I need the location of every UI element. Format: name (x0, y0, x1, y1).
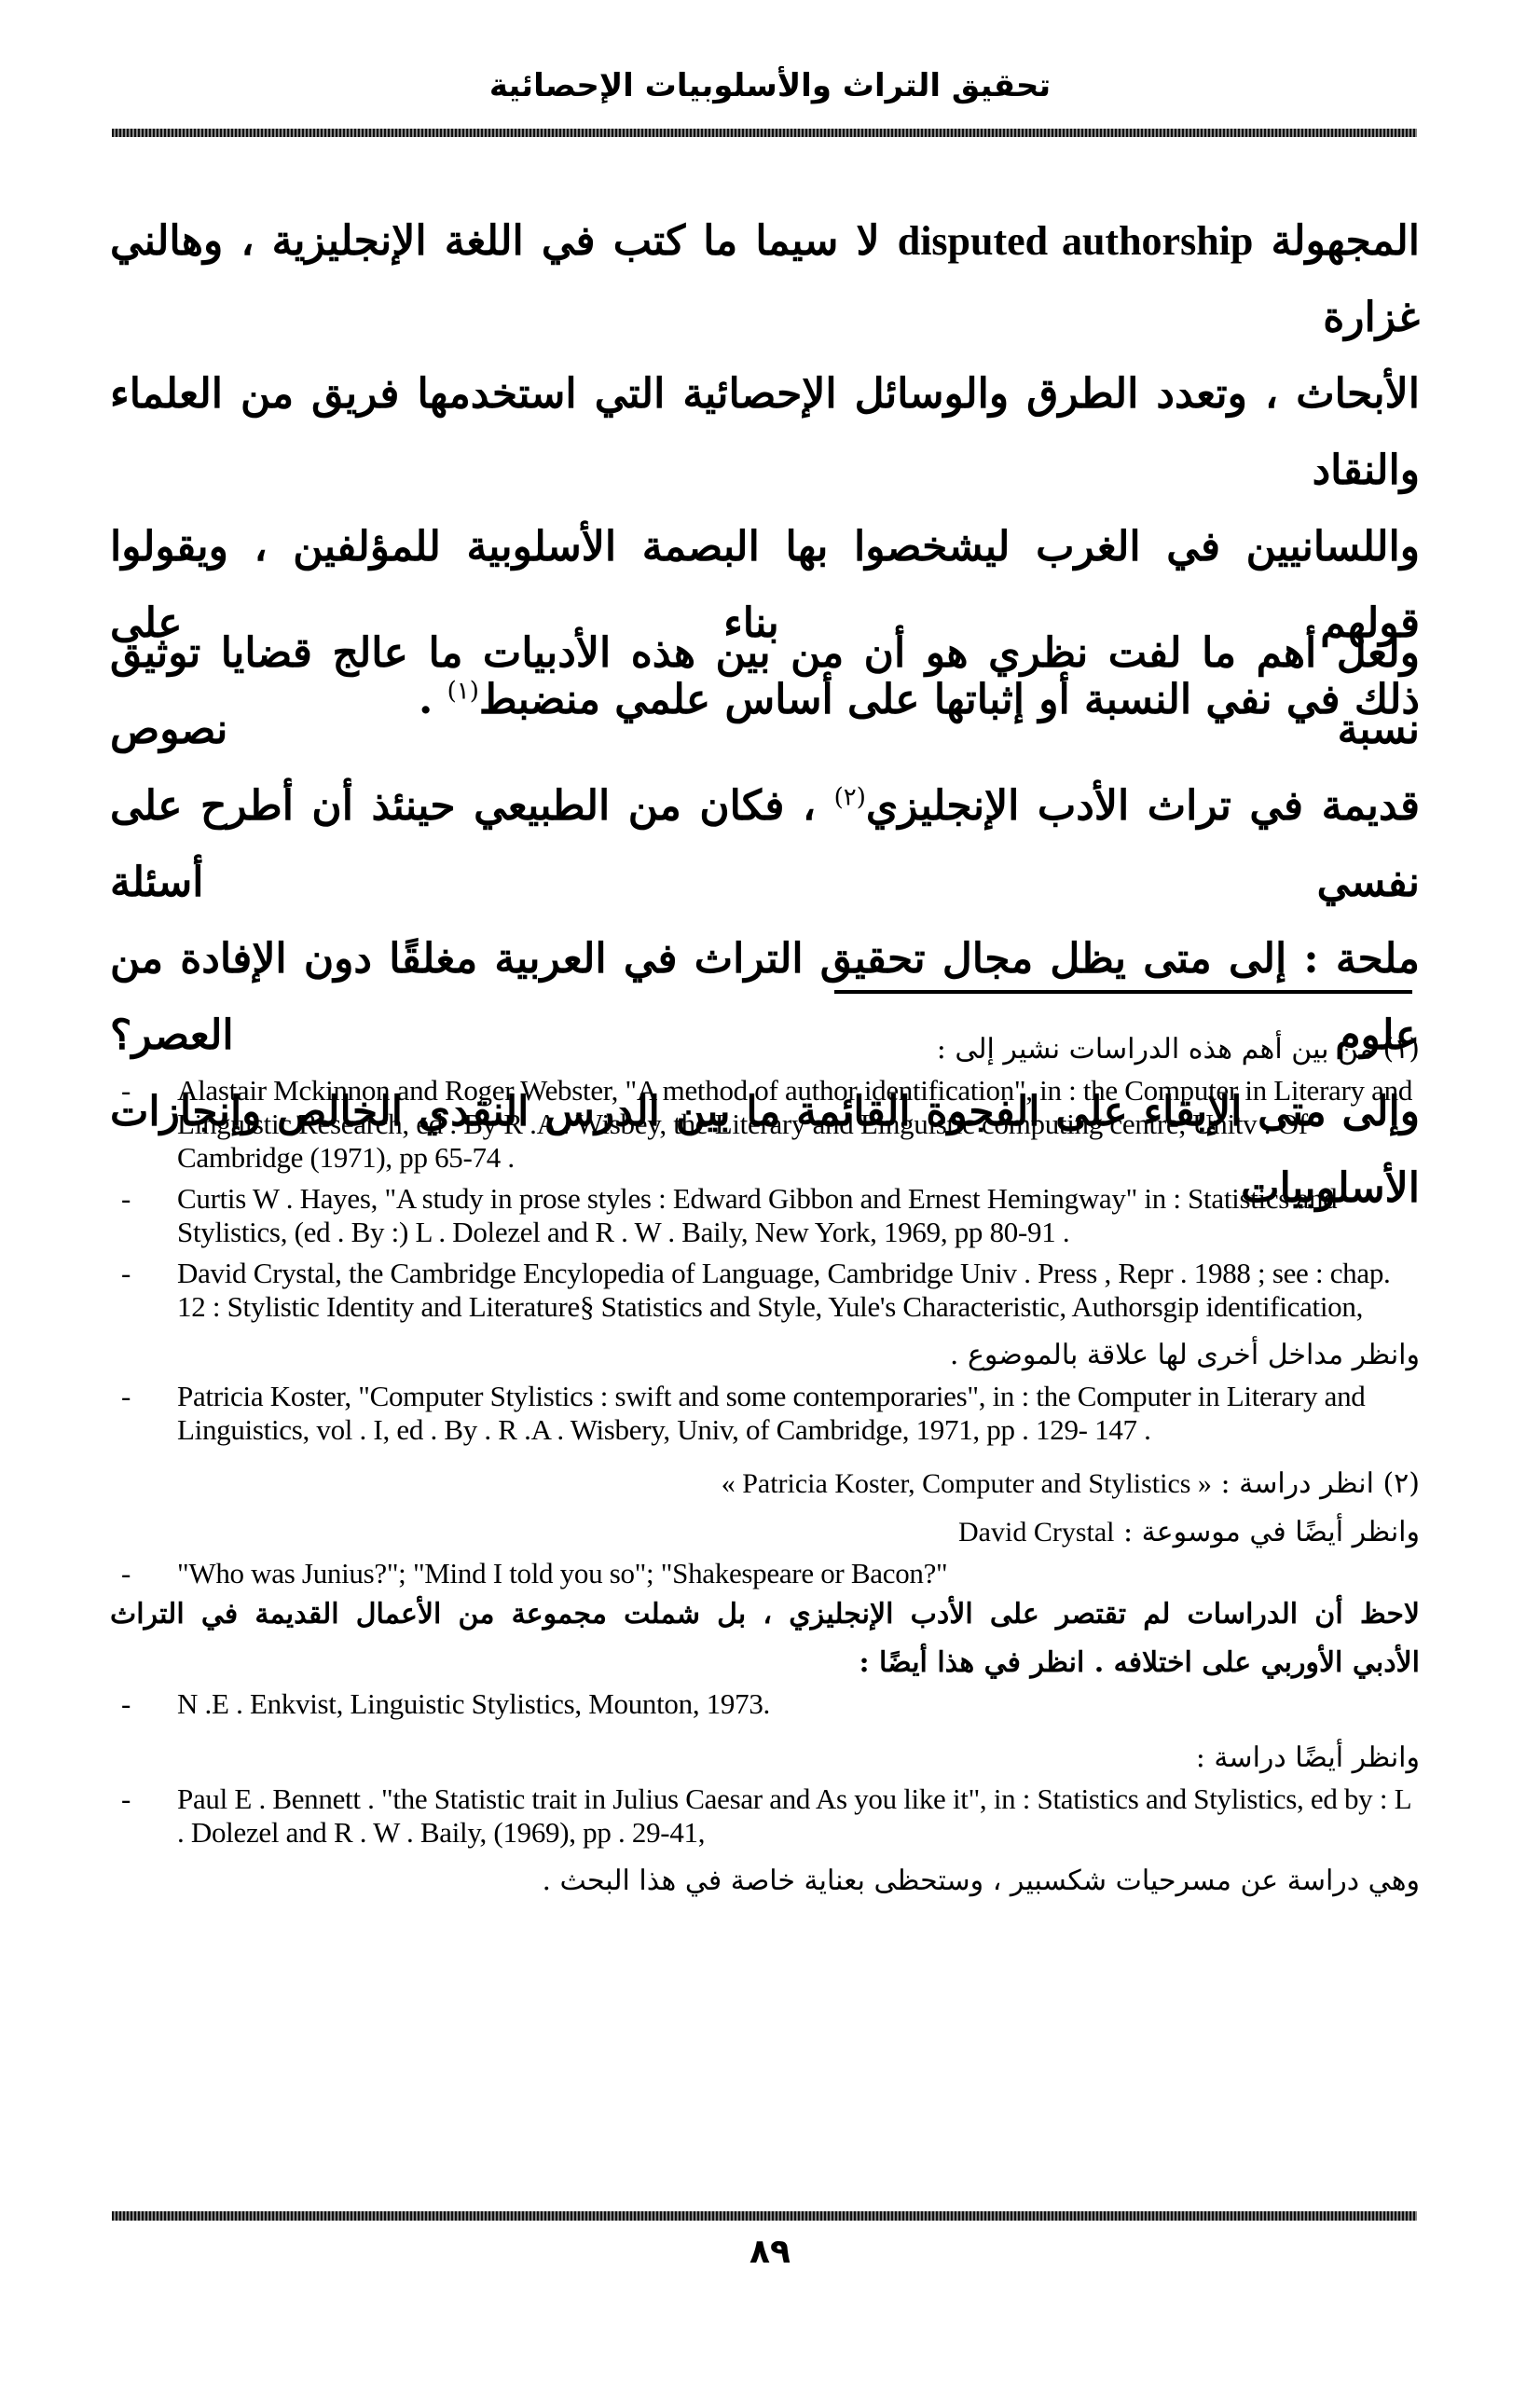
reference-item: - Paul E . Bennett . "the Statistic trai… (110, 1782, 1420, 1850)
paragraph-line: الأبحاث ، وتعدد الطرق والوسائل الإحصائية… (110, 356, 1420, 509)
paragraph-line: قديمة في تراث الأدب الإنجليزي(٢) ، فكان … (110, 768, 1420, 921)
reference-item: - Patricia Koster, "Computer Stylistics … (110, 1380, 1420, 1447)
footnote-2-also-2: وانظر أيضًا دراسة : (110, 1734, 1420, 1782)
book-page: تحقيق التراث والأسلوبيات الإحصائية المجه… (0, 0, 1540, 2394)
text-span: المجهولة (1272, 217, 1420, 265)
text-span: قديمة في تراث الأدب الإنجليزي (866, 782, 1420, 830)
footer-rule (112, 2211, 1417, 2221)
reference-item: - Alastair Mckinnon and Roger Webster, "… (110, 1074, 1420, 1175)
english-name: David Crystal (958, 1517, 1114, 1548)
reference-text: Curtis W . Hayes, "A study in prose styl… (177, 1182, 1337, 1248)
bullet-dash: - (121, 1782, 131, 1816)
footnote-1-intro: (١) من بين أهم هذه الدراسات نشير إلى : (110, 1025, 1420, 1074)
header-rule (112, 129, 1417, 137)
bullet-dash: - (121, 1074, 131, 1108)
reference-item: - N .E . Enkvist, Linguistic Stylistics,… (110, 1687, 1420, 1721)
footnote-separator (834, 990, 1412, 994)
reference-item: - "Who was Junius?"; "Mind I told you so… (110, 1557, 1420, 1590)
english-term: disputed authorship (898, 218, 1254, 264)
reference-text: N .E . Enkvist, Linguistic Stylistics, M… (177, 1687, 770, 1720)
reference-text: Patricia Koster, "Computer Stylistics : … (177, 1380, 1366, 1446)
footnote-1-see-also: وانظر مداخل أخرى لها علاقة بالموضوع . (110, 1331, 1420, 1380)
reference-text: Paul E . Bennett . "the Statistic trait … (177, 1782, 1410, 1849)
reference-text: "Who was Junius?"; "Mind I told you so";… (177, 1557, 947, 1589)
bullet-dash: - (121, 1380, 131, 1413)
footnote-2-note: لاحظ أن الدراسات لم تقتصر على الأدب الإن… (110, 1590, 1420, 1639)
footnote-2-intro: (٢) انظر دراسة : « Patricia Koster, Comp… (110, 1460, 1420, 1508)
bullet-dash: - (121, 1687, 131, 1721)
bullet-dash: - (121, 1182, 131, 1216)
reference-text: David Crystal, the Cambridge Encylopedia… (177, 1257, 1390, 1323)
text-span: (٢) انظر دراسة : (1220, 1467, 1420, 1500)
page-number: ٨٩ (0, 2233, 1540, 2271)
reference-item: - David Crystal, the Cambridge Encyloped… (110, 1257, 1420, 1324)
bullet-dash: - (121, 1257, 131, 1290)
running-title: تحقيق التراث والأسلوبيات الإحصائية (0, 67, 1540, 104)
footnote-ref-2[interactable]: (٢) (834, 783, 866, 811)
paragraph-line: المجهولة disputed authorship لا سيما ما … (110, 203, 1420, 356)
reference-text: Alastair Mckinnon and Roger Webster, "A … (177, 1074, 1412, 1174)
footnote-2-closing: وهي دراسة عن مسرحيات شكسبير ، وستحظى بعن… (110, 1857, 1420, 1906)
text-span: وانظر أيضًا في موسوعة : (1123, 1516, 1420, 1548)
english-title: « Patricia Koster, Computer and Stylisti… (722, 1468, 1212, 1499)
paragraph-line: ولعل أهم ما لفت نظري هو أن من بين هذه ال… (110, 615, 1420, 768)
footnote-2-note: الأدبي الأوربي على اختلافه . انظر في هذا… (110, 1639, 1420, 1687)
footnote-2-also: وانظر أيضًا في موسوعة : David Crystal (110, 1508, 1420, 1557)
footnotes: (١) من بين أهم هذه الدراسات نشير إلى : -… (110, 1025, 1420, 1906)
bullet-dash: - (121, 1557, 131, 1590)
reference-item: - Curtis W . Hayes, "A study in prose st… (110, 1182, 1420, 1249)
